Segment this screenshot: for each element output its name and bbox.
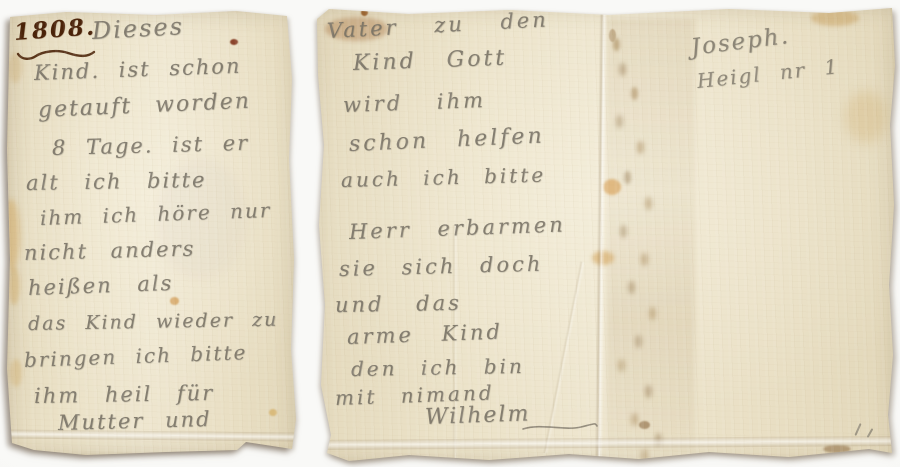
stain — [2, 199, 20, 271]
handwritten-line: schon helfen — [348, 123, 545, 157]
handwritten-line: Kind. ist schon — [34, 54, 242, 85]
stain — [811, 10, 859, 26]
handwritten-line: sie sich doch — [339, 252, 544, 281]
stain — [603, 179, 621, 195]
handwritten-line: arme Kind — [347, 320, 504, 349]
handwritten-line: wird ihm — [343, 88, 487, 117]
handwritten-line: ihm ich höre nur — [40, 198, 272, 230]
handwritten-name: Joseph. — [689, 23, 791, 61]
handwritten-line: getauft worden — [37, 89, 251, 123]
handwritten-line: 8 Tage. ist er — [52, 131, 250, 160]
handwritten-name-line: Heigl nr 1 — [696, 54, 840, 93]
handwritten-line: Kind Gott — [353, 46, 508, 76]
ink-fleck — [230, 39, 238, 45]
right-paper-sheet: Vater zu den Kind Gott wird ihm schon he… — [309, 5, 897, 463]
signature-flourish — [521, 419, 599, 435]
right-paper-surface: Vater zu den Kind Gott wird ihm schon he… — [309, 5, 897, 463]
handwritten-line: alt ich bitte — [26, 168, 207, 195]
handwritten-line: Herr erbarmen — [349, 212, 567, 244]
stain — [823, 445, 851, 453]
pencil-mark — [867, 428, 874, 438]
stain — [8, 267, 20, 305]
stain — [10, 359, 22, 387]
handwritten-line: heißen als — [28, 271, 174, 300]
handwritten-line: nicht anders — [24, 237, 196, 265]
ink-fleck — [361, 9, 368, 16]
handwritten-line: Mutter und — [58, 407, 212, 435]
scanned-document: 1808. Dieses Kind. ist schon getauft wor… — [0, 0, 900, 467]
left-paper-surface: 1808. Dieses Kind. ist schon getauft wor… — [6, 9, 298, 455]
handwritten-line: das Kind wieder zu — [28, 309, 279, 335]
year-inscription: 1808. — [13, 13, 97, 46]
stain — [639, 421, 650, 429]
stain — [170, 297, 179, 305]
center-fold-crease — [595, 5, 608, 463]
stain — [269, 409, 277, 416]
stain — [592, 251, 614, 265]
handwritten-heading: Dieses — [91, 12, 184, 45]
handwritten-line: ihm heil für — [34, 381, 215, 408]
handwritten-line: den ich bin — [351, 354, 525, 381]
handwritten-line: Vater zu den — [326, 7, 549, 43]
ink-bleed-through-tint — [607, 19, 695, 451]
fold-crease — [542, 261, 585, 454]
handwritten-line: auch ich bitte — [341, 163, 547, 192]
handwritten-signature: Wilhelm — [425, 401, 531, 430]
ink-bleed-through-marks — [609, 29, 616, 42]
pencil-mark — [854, 423, 861, 436]
stain — [8, 53, 22, 83]
handwritten-line: bringen ich bitte — [24, 340, 248, 372]
stain — [845, 91, 887, 143]
left-paper-sheet: 1808. Dieses Kind. ist schon getauft wor… — [6, 9, 298, 455]
fold-crease — [309, 436, 897, 450]
handwritten-line: und das — [335, 291, 462, 317]
